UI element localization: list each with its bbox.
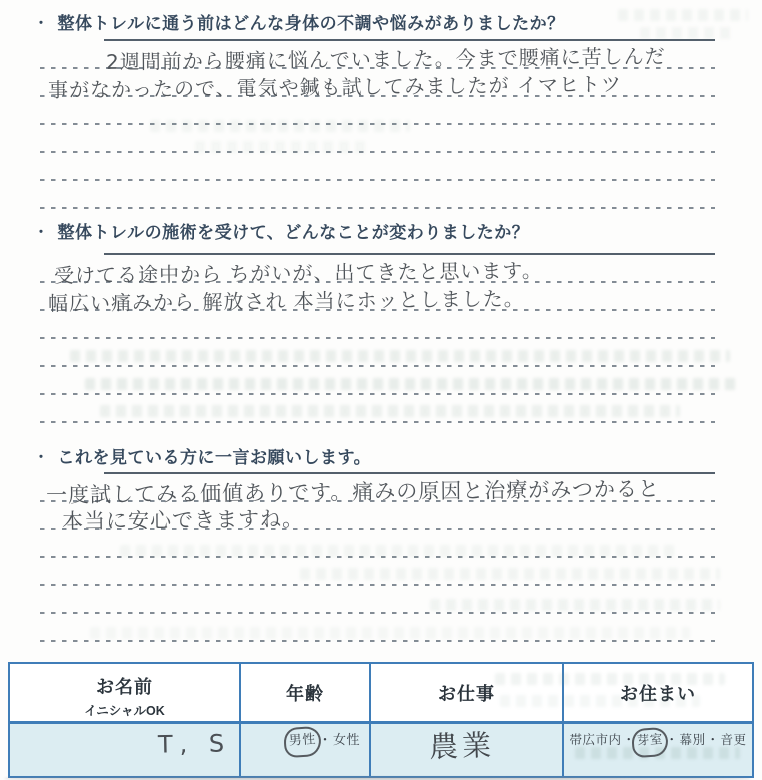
answer-line (40, 153, 715, 181)
entry-job-cell: 農業 (369, 724, 562, 776)
questionnaire-scan: ・整体トレルに通う前はどんな身体の不調や悩みがありましたか？ 2週間前から腰痛に… (0, 0, 762, 780)
bleedthrough-smudge (430, 599, 720, 611)
header-name-subtitle: イニシャルOK (10, 701, 239, 719)
header-name-title: お名前 (10, 664, 239, 699)
header-age-title: 年齢 (241, 664, 369, 706)
handwritten-answer-3-line-2: 本当に安心できますね。 (62, 503, 304, 536)
answer-area-2: 受けてる途中から ちがいが、出てきたと思います。 幅広い痛みから 解放され 本当… (40, 253, 715, 423)
question-section-2: ・整体トレルの施術を受けて、どんなことが変わりましたか？ 受けてる途中から ちが… (0, 219, 762, 423)
answer-area-3: 一度試してみる価値ありです。痛みの原因と治療がみつかると 本当に安心できますね。 (40, 472, 715, 642)
handwritten-answer-1-line-2: 事がなかったので、電気や鍼も試してみましたが イマヒトツ (48, 68, 622, 103)
header-age: 年齢 (239, 664, 369, 721)
bleedthrough-smudge (120, 545, 680, 557)
gender-options: 男性・女性 (288, 729, 360, 748)
bleedthrough-smudge (70, 350, 730, 362)
scan-shadow (5, 777, 750, 780)
question-2: ・整体トレルの施術を受けて、どんなことが変わりましたか？ (34, 219, 762, 245)
answer-top-line (104, 253, 715, 255)
bleedthrough-smudge (100, 405, 680, 417)
residence-option-obihiro: 帯広市内 (569, 733, 621, 747)
bleedthrough-smudge (195, 141, 370, 153)
handwritten-answer-2-line-2: 幅広い痛みから 解放され 本当にホッとしました。 (48, 283, 525, 317)
question-section-3: ・これを見ている方に一言お願いします。 一度試してみる価値ありです。痛みの原因と… (0, 444, 762, 642)
bleedthrough-smudge (618, 9, 748, 21)
table-entry-row: T, S 男性・女性 農業 帯広市内・芽室・幕別・音更 (10, 721, 752, 776)
question-1-text: 整体トレルに通う前はどんな身体の不調や悩みがありましたか？ (58, 14, 565, 33)
entry-name-cell: T, S (10, 724, 239, 776)
gender-option-male: 男性 (283, 726, 322, 759)
entry-gender-cell: 男性・女性 (239, 724, 369, 776)
bleedthrough-smudge (85, 378, 740, 390)
bullet-icon: ・ (34, 10, 49, 36)
bleedthrough-smudge (500, 695, 700, 707)
option-separator: ・ (706, 733, 721, 747)
answer-line (40, 181, 715, 209)
bullet-icon: ・ (34, 444, 49, 470)
residence-option-otofuke: 音更 (721, 733, 747, 747)
question-section-1: ・整体トレルに通う前はどんな身体の不調や悩みがありましたか？ 2週間前から腰痛に… (0, 10, 762, 209)
handwritten-name: T, S (158, 729, 232, 758)
bleedthrough-smudge (640, 27, 735, 39)
bullet-icon: ・ (34, 219, 49, 245)
bleedthrough-smudge (495, 673, 725, 685)
handwritten-job: 農業 (428, 723, 495, 766)
question-3: ・これを見ている方に一言お願いします。 (34, 444, 762, 470)
gender-option-female: 女性 (333, 732, 360, 747)
header-name: お名前 イニシャルOK (10, 664, 239, 721)
question-2-text: 整体トレルの施術を受けて、どんなことが変わりましたか？ (58, 223, 530, 242)
question-3-text: これを見ている方に一言お願いします。 (58, 448, 372, 467)
bleedthrough-smudge (150, 120, 410, 132)
bleedthrough-smudge (90, 627, 690, 639)
bleedthrough-smudge (300, 568, 720, 580)
residence-options: 帯広市内・芽室・幕別・音更 (564, 730, 752, 748)
residence-option-makubetsu: 幕別 (680, 733, 706, 747)
